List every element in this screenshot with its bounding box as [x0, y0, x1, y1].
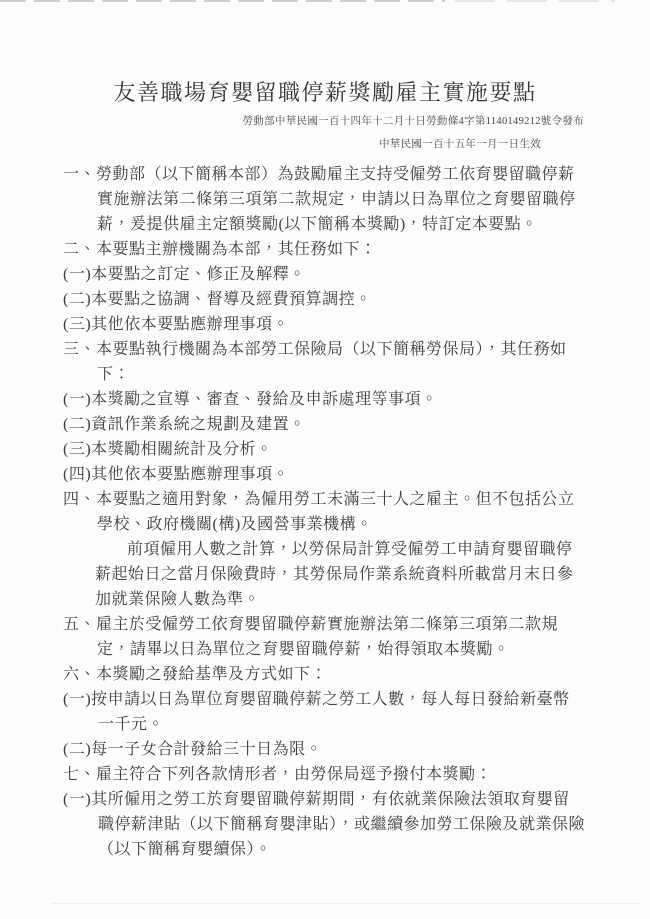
clause-4: 四、本要點之適用對象，為僱用勞工未滿三十人之雇主。但不包括公立學校、政府機關(構…: [63, 487, 586, 537]
scan-artifact-top-line-2: [455, 0, 615, 2]
scanned-document-page: 友善職場育嬰留職停薪獎勵雇主實施要點 勞動部中華民國一百十四年十二月十日勞動條4…: [0, 0, 650, 919]
clause-3: 三、本要點執行機關為本部勞工保險局（以下簡稱勞保局），其任務如下：: [63, 337, 586, 387]
clause-2-sub-1: (一)本要點之訂定、修正及解釋。: [63, 262, 586, 287]
clause-5: 五、雇主於受僱勞工依育嬰留職停薪實施辦法第二條第三項第二款規定，請畢以日為單位之…: [63, 612, 586, 662]
clause-6-sub-1: (一)按申請以日為單位育嬰留職停薪之勞工人數，每人每日發給新臺幣一千元。: [63, 687, 586, 737]
document-body: 一、勞動部（以下簡稱本部）為鼓勵雇主支持受僱勞工依育嬰留職停薪實施辦法第二條第三…: [63, 162, 586, 862]
clause-7-sub-1: (一)其所僱用之勞工於育嬰留職停薪期間，有依就業保險法領取育嬰留職停薪津貼（以下…: [63, 787, 586, 862]
scan-artifact-top-line: [0, 0, 445, 2]
clause-3-sub-1: (一)本獎勵之宣導、審查、發給及申訴處理等事項。: [63, 387, 586, 412]
clause-3-sub-3: (三)本獎勵相關統計及分析。: [63, 437, 586, 462]
clause-1: 一、勞動部（以下簡稱本部）為鼓勵雇主支持受僱勞工依育嬰留職停薪實施辦法第二條第三…: [63, 162, 586, 237]
promulgation-line: 勞動部中華民國一百十四年十二月十日勞動條4字第1140149212號令發布: [243, 111, 584, 134]
clause-2: 二、本要點主辦機關為本部，其任務如下：: [63, 237, 586, 262]
document-meta: 勞動部中華民國一百十四年十二月十日勞動條4字第1140149212號令發布 中華…: [243, 111, 584, 156]
clause-6: 六、本獎勵之發給基準及方式如下：: [63, 662, 586, 687]
clause-3-sub-4: (四)其他依本要點應辦理事項。: [63, 462, 586, 487]
clause-3-sub-2: (二)資訊作業系統之規劃及建置。: [63, 412, 586, 437]
clause-4-proviso: 前項僱用人數之計算，以勞保局計算受僱勞工申請育嬰留職停薪起始日之當月保險費時，其…: [63, 537, 586, 612]
clause-7: 七、雇主符合下列各款情形者，由勞保局逕予撥付本獎勵：: [63, 762, 586, 787]
effective-date-line: 中華民國一百十五年一月一日生效: [243, 134, 584, 157]
clause-6-sub-2: (二)每一子女合計發給三十日為限。: [63, 737, 586, 762]
document-title: 友善職場育嬰留職停薪獎勵雇主實施要點: [0, 76, 650, 107]
clause-2-sub-3: (三)其他依本要點應辦理事項。: [63, 312, 586, 337]
scan-artifact-bottom-line: [52, 903, 640, 904]
clause-2-sub-2: (二)本要點之協調、督導及經費預算調控。: [63, 287, 586, 312]
